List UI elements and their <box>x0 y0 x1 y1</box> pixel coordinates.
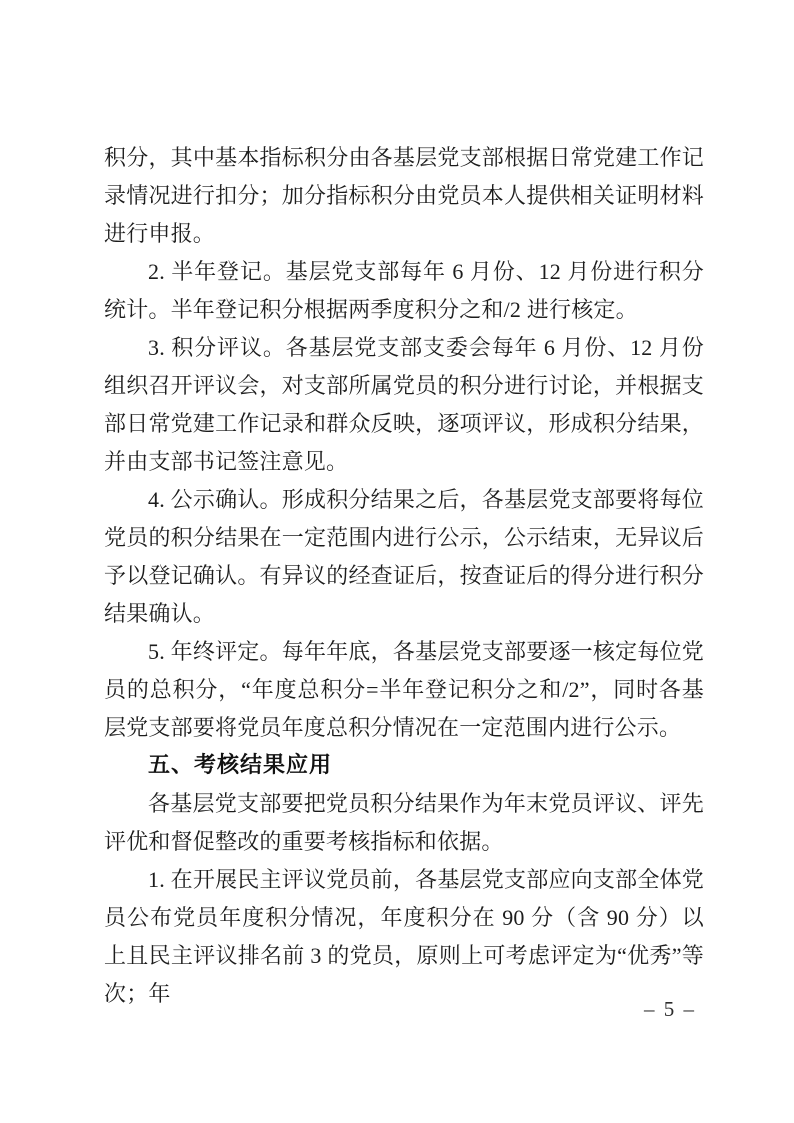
paragraph-item-1-democratic-review: 1. 在开展民主评议党员前，各基层党支部应向支部全体党员公布党员年度积分情况，年… <box>104 861 704 1013</box>
paragraph-item-5-year-end-assessment: 5. 年终评定。每年年底，各基层党支部要逐一核定每位党员的总积分，“年度总积分=… <box>104 633 704 747</box>
page-footer: – 5 – <box>644 996 696 1022</box>
section-heading-assessment-result-application: 五、考核结果应用 <box>104 747 704 785</box>
document-content: 积分，其中基本指标积分由各基层党支部根据日常党建工作记录情况进行扣分；加分指标积… <box>104 139 704 1013</box>
document-page: 积分，其中基本指标积分由各基层党支部根据日常党建工作记录情况进行扣分；加分指标积… <box>0 0 794 1123</box>
page-number: – 5 – <box>644 997 696 1021</box>
paragraph-continuation: 积分，其中基本指标积分由各基层党支部根据日常党建工作记录情况进行扣分；加分指标积… <box>104 139 704 253</box>
paragraph-section-intro: 各基层党支部要把党员积分结果作为年末党员评议、评先评优和督促整改的重要考核指标和… <box>104 785 704 861</box>
paragraph-item-2-half-year-registration: 2. 半年登记。基层党支部每年 6 月份、12 月份进行积分统计。半年登记积分根… <box>104 253 704 329</box>
paragraph-item-4-publicity-confirmation: 4. 公示确认。形成积分结果之后，各基层党支部要将每位党员的积分结果在一定范围内… <box>104 481 704 633</box>
paragraph-item-3-score-review: 3. 积分评议。各基层党支部支委会每年 6 月份、12 月份组织召开评议会，对支… <box>104 329 704 481</box>
